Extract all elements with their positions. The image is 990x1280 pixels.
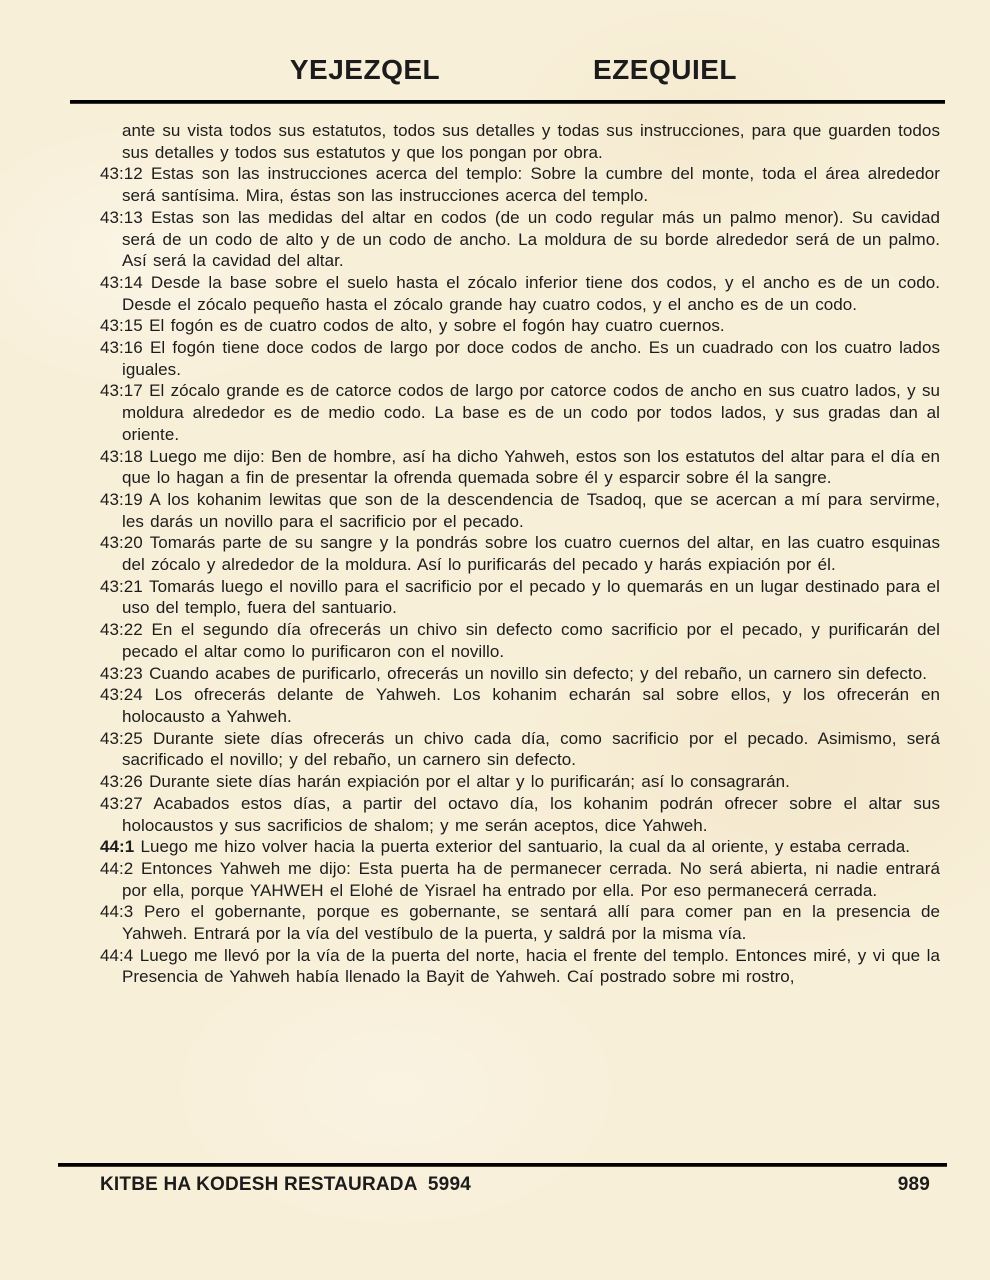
verse-number: 43:21 bbox=[100, 577, 143, 596]
verse-number: 43:24 bbox=[100, 685, 143, 704]
verse-number: 43:16 bbox=[100, 338, 143, 357]
verse-paragraph: 43:13 Estas son las medidas del altar en… bbox=[100, 207, 940, 272]
verse-text: Luego me dijo: Ben de hombre, así ha dic… bbox=[122, 447, 940, 488]
verse-text: En el segundo día ofrecerás un chivo sin… bbox=[122, 620, 940, 661]
verse-number: 43:18 bbox=[100, 447, 143, 466]
verse-text: El zócalo grande es de catorce codos de … bbox=[122, 381, 940, 443]
verse-text: Entonces Yahweh me dijo: Esta puerta ha … bbox=[122, 859, 940, 900]
verse-number: 43:27 bbox=[100, 794, 143, 813]
verse-number: 43:23 bbox=[100, 664, 143, 683]
verse-number: 43:15 bbox=[100, 316, 143, 335]
verse-text: Durante siete días harán expiación por e… bbox=[149, 772, 790, 791]
verse-text: A los kohanim lewitas que son de la desc… bbox=[122, 490, 940, 531]
verse-text: Cuando acabes de purificarlo, ofrecerás … bbox=[149, 664, 927, 683]
footer-divider bbox=[58, 1163, 947, 1167]
verse-number: 43:14 bbox=[100, 273, 143, 292]
verse-paragraph: 43:21 Tomarás luego el novillo para el s… bbox=[100, 576, 940, 619]
verse-text: Desde la base sobre el suelo hasta el zó… bbox=[122, 273, 940, 314]
header-divider bbox=[70, 100, 945, 104]
scripture-page: YEJEZQEL EZEQUIEL ante su vista todos su… bbox=[0, 0, 990, 1280]
verse-paragraph: 43:12 Estas son las instrucciones acerca… bbox=[100, 163, 940, 206]
page-header: YEJEZQEL EZEQUIEL bbox=[0, 0, 990, 86]
verse-text: Luego me hizo volver hacia la puerta ext… bbox=[141, 837, 911, 856]
verse-number: 43:22 bbox=[100, 620, 143, 639]
verse-text: El fogón tiene doce codos de largo por d… bbox=[122, 338, 940, 379]
verse-paragraph: 43:22 En el segundo día ofrecerás un chi… bbox=[100, 619, 940, 662]
verse-number: 43:20 bbox=[100, 533, 143, 552]
header-title-hebrew: YEJEZQEL bbox=[215, 54, 515, 86]
verse-paragraph: 43:15 El fogón es de cuatro codos de alt… bbox=[100, 315, 940, 337]
verse-number: 44:4 bbox=[100, 946, 133, 965]
verse-paragraph: 43:18 Luego me dijo: Ben de hombre, así … bbox=[100, 446, 940, 489]
verse-number: 44:3 bbox=[100, 902, 133, 921]
verse-number: 43:19 bbox=[100, 490, 143, 509]
verse-text: Estas son las instrucciones acerca del t… bbox=[122, 164, 940, 205]
header-title-spanish: EZEQUIEL bbox=[515, 54, 815, 86]
verse-text: Tomarás parte de su sangre y la pondrás … bbox=[122, 533, 940, 574]
verse-text: Estas son las medidas del altar en codos… bbox=[122, 208, 940, 270]
verse-text: Acabados estos días, a partir del octavo… bbox=[122, 794, 940, 835]
verse-number: 43:26 bbox=[100, 772, 143, 791]
verse-text: Luego me llevó por la vía de la puerta d… bbox=[122, 946, 940, 987]
footer-block: KITBE HA KODESH RESTAURADA 5994 989 bbox=[0, 1163, 990, 1196]
verse-text: ante su vista todos sus estatutos, todos… bbox=[122, 121, 940, 162]
footer-page-number: 989 bbox=[898, 1174, 930, 1196]
verse-paragraph: 43:14 Desde la base sobre el suelo hasta… bbox=[100, 272, 940, 315]
page-footer: KITBE HA KODESH RESTAURADA 5994 989 bbox=[100, 1174, 930, 1196]
verse-number: 43:17 bbox=[100, 381, 143, 400]
verse-paragraph: 43:24 Los ofrecerás delante de Yahweh. L… bbox=[100, 684, 940, 727]
verse-paragraph: 43:27 Acabados estos días, a partir del … bbox=[100, 793, 940, 836]
verse-paragraph: 43:16 El fogón tiene doce codos de largo… bbox=[100, 337, 940, 380]
verse-number: 43:13 bbox=[100, 208, 143, 227]
footer-publication: KITBE HA KODESH RESTAURADA 5994 bbox=[100, 1174, 471, 1196]
verse-text: El fogón es de cuatro codos de alto, y s… bbox=[149, 316, 725, 335]
verse-list: ante su vista todos sus estatutos, todos… bbox=[100, 120, 940, 988]
verse-paragraph: 44:3 Pero el gobernante, porque es gober… bbox=[100, 901, 940, 944]
verse-paragraph: 44:1 Luego me hizo volver hacia la puert… bbox=[100, 836, 940, 858]
verse-text: Los ofrecerás delante de Yahweh. Los koh… bbox=[122, 685, 940, 726]
verse-paragraph: ante su vista todos sus estatutos, todos… bbox=[100, 120, 940, 163]
verse-paragraph: 43:20 Tomarás parte de su sangre y la po… bbox=[100, 532, 940, 575]
verse-paragraph: 44:4 Luego me llevó por la vía de la pue… bbox=[100, 945, 940, 988]
verse-number: 44:2 bbox=[100, 859, 133, 878]
verse-paragraph: 43:23 Cuando acabes de purificarlo, ofre… bbox=[100, 663, 940, 685]
verse-paragraph: 43:17 El zócalo grande es de catorce cod… bbox=[100, 380, 940, 445]
verse-paragraph: 44:2 Entonces Yahweh me dijo: Esta puert… bbox=[100, 858, 940, 901]
verse-paragraph: 43:26 Durante siete días harán expiación… bbox=[100, 771, 940, 793]
verse-number: 44:1 bbox=[100, 837, 134, 856]
verse-paragraph: 43:19 A los kohanim lewitas que son de l… bbox=[100, 489, 940, 532]
verse-text: Pero el gobernante, porque es gobernante… bbox=[122, 902, 940, 943]
verse-text: Tomarás luego el novillo para el sacrifi… bbox=[122, 577, 940, 618]
verse-number: 43:25 bbox=[100, 729, 143, 748]
verse-number: 43:12 bbox=[100, 164, 143, 183]
verse-text: Durante siete días ofrecerás un chivo ca… bbox=[122, 729, 940, 770]
verse-paragraph: 43:25 Durante siete días ofrecerás un ch… bbox=[100, 728, 940, 771]
